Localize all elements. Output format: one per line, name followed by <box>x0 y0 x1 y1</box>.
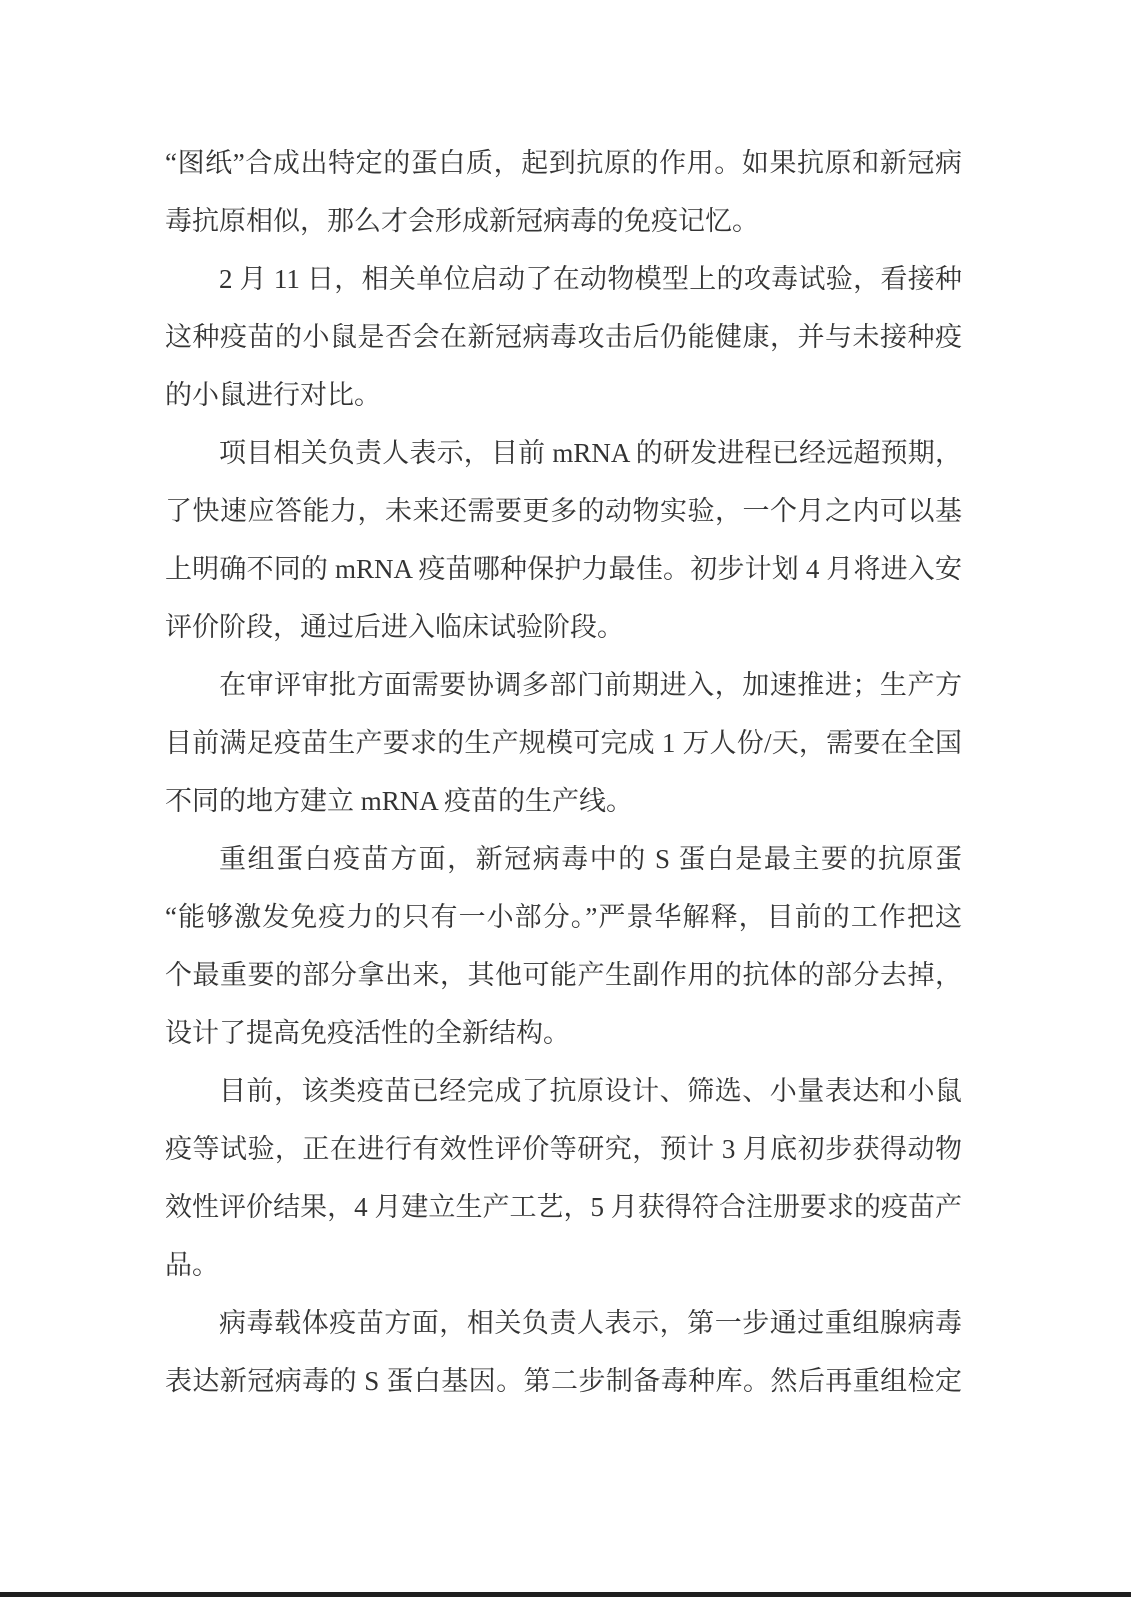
text-line: 在审评审批方面需要协调多部门前期进入，加速推进；生产方面， <box>165 656 962 714</box>
paragraph: 目前，该类疫苗已经完成了抗原设计、筛选、小量表达和小鼠免疫等试验，正在进行有效性… <box>165 1062 962 1294</box>
text-line: 评价阶段，通过后进入临床试验阶段。 <box>165 598 962 656</box>
text-line: 个最重要的部分拿出来，其他可能产生副作用的抗体的部分去掉，并 <box>165 946 962 1004</box>
text-line: 2 月 11 日，相关单位启动了在动物模型上的攻毒试验，看接种了 <box>165 250 962 308</box>
document-body: “图纸”合成出特定的蛋白质，起到抗原的作用。如果抗原和新冠病毒抗原相似，那么才会… <box>165 134 962 1410</box>
paragraph: 在审评审批方面需要协调多部门前期进入，加速推进；生产方面，目前满足疫苗生产要求的… <box>165 656 962 830</box>
text-line: 疫等试验，正在进行有效性评价等研究，预计 3 月底初步获得动物有 <box>165 1120 962 1178</box>
paragraph: 项目相关负责人表示，目前 mRNA 的研发进程已经远超预期，展示了快速应答能力，… <box>165 424 962 656</box>
text-line: 毒抗原相似，那么才会形成新冠病毒的免疫记忆。 <box>165 192 962 250</box>
text-line: 的小鼠进行对比。 <box>165 366 962 424</box>
text-line: 目前满足疫苗生产要求的生产规模可完成 1 万人份/天，需要在全国 <box>165 714 962 772</box>
page-bottom-border <box>0 1592 1131 1597</box>
document-page: { "page": { "background_color": "#ffffff… <box>0 0 1131 1600</box>
paragraph: 2 月 11 日，相关单位启动了在动物模型上的攻毒试验，看接种了这种疫苗的小鼠是… <box>165 250 962 424</box>
text-line: 重组蛋白疫苗方面，新冠病毒中的 S 蛋白是最主要的抗原蛋白。 <box>165 830 962 888</box>
text-line: “图纸”合成出特定的蛋白质，起到抗原的作用。如果抗原和新冠病 <box>165 134 962 192</box>
text-line: 目前，该类疫苗已经完成了抗原设计、筛选、小量表达和小鼠免 <box>165 1062 962 1120</box>
text-line: 表达新冠病毒的 S 蛋白基因。第二步制备毒种库。然后再重组检定合 <box>165 1352 962 1410</box>
paragraph: 病毒载体疫苗方面，相关负责人表示，第一步通过重组腺病毒来表达新冠病毒的 S 蛋白… <box>165 1294 962 1410</box>
text-line: “能够激发免疫力的只有一小部分。”严景华解释，目前的工作把这 <box>165 888 962 946</box>
text-line: 病毒载体疫苗方面，相关负责人表示，第一步通过重组腺病毒来 <box>165 1294 962 1352</box>
text-line: 了快速应答能力，未来还需要更多的动物实验，一个月之内可以基本 <box>165 482 962 540</box>
text-line: 上明确不同的 mRNA 疫苗哪种保护力最佳。初步计划 4 月将进入安全 <box>165 540 962 598</box>
text-line: 效性评价结果，4 月建立生产工艺，5 月获得符合注册要求的疫苗产 <box>165 1178 962 1236</box>
text-line: 设计了提高免疫活性的全新结构。 <box>165 1004 962 1062</box>
text-line: 项目相关负责人表示，目前 mRNA 的研发进程已经远超预期，展示 <box>165 424 962 482</box>
text-line: 不同的地方建立 mRNA 疫苗的生产线。 <box>165 772 962 830</box>
paragraph: “图纸”合成出特定的蛋白质，起到抗原的作用。如果抗原和新冠病毒抗原相似，那么才会… <box>165 134 962 250</box>
text-line: 品。 <box>165 1236 962 1294</box>
text-line: 这种疫苗的小鼠是否会在新冠病毒攻击后仍能健康，并与未接种疫苗 <box>165 308 962 366</box>
paragraph: 重组蛋白疫苗方面，新冠病毒中的 S 蛋白是最主要的抗原蛋白。“能够激发免疫力的只… <box>165 830 962 1062</box>
